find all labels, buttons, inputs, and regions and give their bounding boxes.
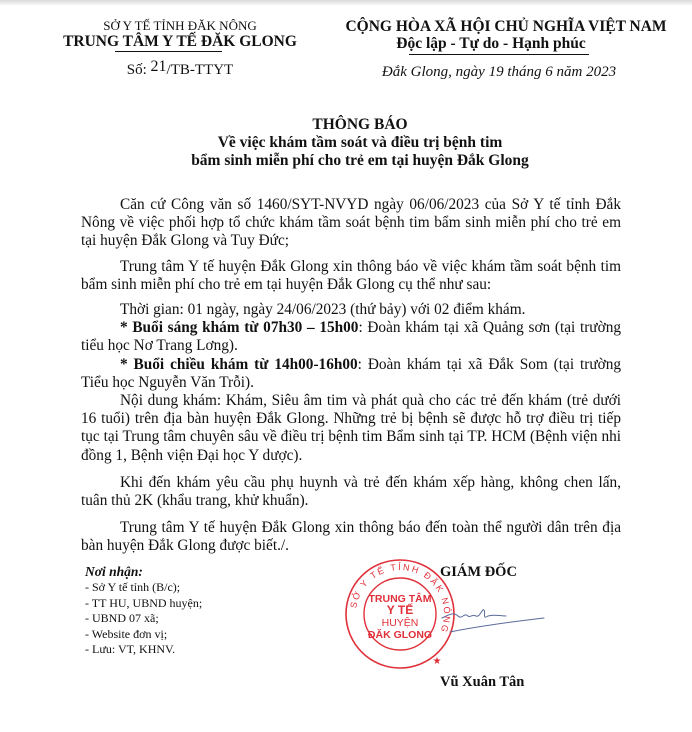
paragraph-afternoon-session: * Buổi chiều khám từ 14h00-16h00: Đoàn k… — [81, 356, 621, 392]
place-and-date: Đắk Glong, ngày 19 tháng 6 năm 2023 — [306, 63, 692, 81]
handwritten-signature-icon — [440, 604, 550, 644]
organization-name-text: TRUNG TÂM Y TẾ ĐĂK GLONG — [63, 33, 297, 50]
recipient-item: - Sở Y tế tỉnh (B/c); — [85, 580, 202, 596]
seal-line: HUYỆN — [382, 616, 419, 629]
doc-number-value: 21 — [151, 58, 167, 75]
paragraph-announcement: Trung tâm Y tế huyện Đắk Glong xin thông… — [81, 258, 621, 294]
paragraph-legal-basis: Căn cứ Công văn số 1460/SYT-NVYD ngày 06… — [81, 196, 621, 251]
recipient-item: - UBND 07 xã; — [85, 611, 202, 627]
national-motto: Độc lập - Tự do - Hạnh phúc — [396, 35, 585, 53]
seal-line: Y TẾ — [387, 602, 413, 617]
document-title: THÔNG BÁO Về việc khám tầm soát và điều … — [150, 116, 570, 170]
department-name: SỞ Y TẾ TỈNH ĐĂK NÔNG — [60, 18, 300, 33]
doc-number-suffix: /TB-TTYT — [167, 62, 234, 78]
nation-title: CỘNG HÒA XÃ HỘI CHỦ NGHĨA VIỆT NAM — [320, 18, 692, 35]
afternoon-session-label: * Buổi chiều khám từ 14h00-16h00 — [120, 356, 358, 373]
recipients-label: Nơi nhận: — [85, 564, 202, 580]
motto-underline — [409, 54, 588, 55]
title-subject-line-1: Về việc khám tầm soát và điều trị bệnh t… — [150, 134, 570, 152]
svg-text:★: ★ — [433, 656, 442, 667]
paragraph-requirements: Khi đến khám yêu cầu phụ huynh và trẻ đế… — [81, 474, 621, 510]
page-top-edge — [0, 0, 692, 6]
national-header: CỘNG HÒA XÃ HỘI CHỦ NGHĨA VIỆT NAM Độc l… — [330, 18, 692, 81]
paragraph-morning-session: * Buổi sáng khám từ 07h30 – 15h00: Đoàn … — [81, 319, 621, 355]
doc-number-prefix: Số: — [127, 62, 147, 78]
recipient-item: - Lưu: VT, KHNV. — [85, 642, 202, 658]
paragraph-closing: Trung tâm Y tế huyện Đắk Glong xin thông… — [81, 519, 621, 555]
document-body: Căn cứ Công văn số 1460/SYT-NVYD ngày 06… — [81, 196, 621, 556]
morning-session-label: * Buổi sáng khám từ 07h30 – 15h00 — [120, 319, 358, 336]
recipient-item: - Website đơn vị; — [85, 627, 202, 643]
recipient-item: - TT HU, UBND huyện; — [85, 596, 202, 612]
paragraph-time: Thời gian: 01 ngày, ngày 24/06/2023 (thứ… — [81, 301, 621, 319]
document-number: Số: 21/TB-TTYT — [60, 61, 300, 79]
paragraph-content: Nội dung khám: Khám, Siêu âm tim và phát… — [81, 392, 621, 465]
seal-line: ĐĂK GLONG — [368, 628, 432, 641]
organization-name: TRUNG TÂM Y TẾ ĐĂK GLONG — [63, 33, 297, 50]
recipients-block: Nơi nhận: - Sở Y tế tỉnh (B/c); - TT HU,… — [85, 564, 202, 658]
motto-text: Độc lập - Tự do - Hạnh phúc — [396, 35, 585, 52]
issuer-header: SỞ Y TẾ TỈNH ĐĂK NÔNG TRUNG TÂM Y TẾ ĐĂK… — [60, 18, 300, 79]
title-heading: THÔNG BÁO — [150, 116, 570, 134]
title-subject-line-2: bẩm sinh miễn phí cho trẻ em tại huyện Đ… — [150, 152, 570, 170]
signer-name: Vũ Xuân Tân — [440, 674, 524, 691]
signer-title: GIÁM ĐỐC — [440, 564, 517, 581]
organization-underline — [115, 51, 222, 52]
